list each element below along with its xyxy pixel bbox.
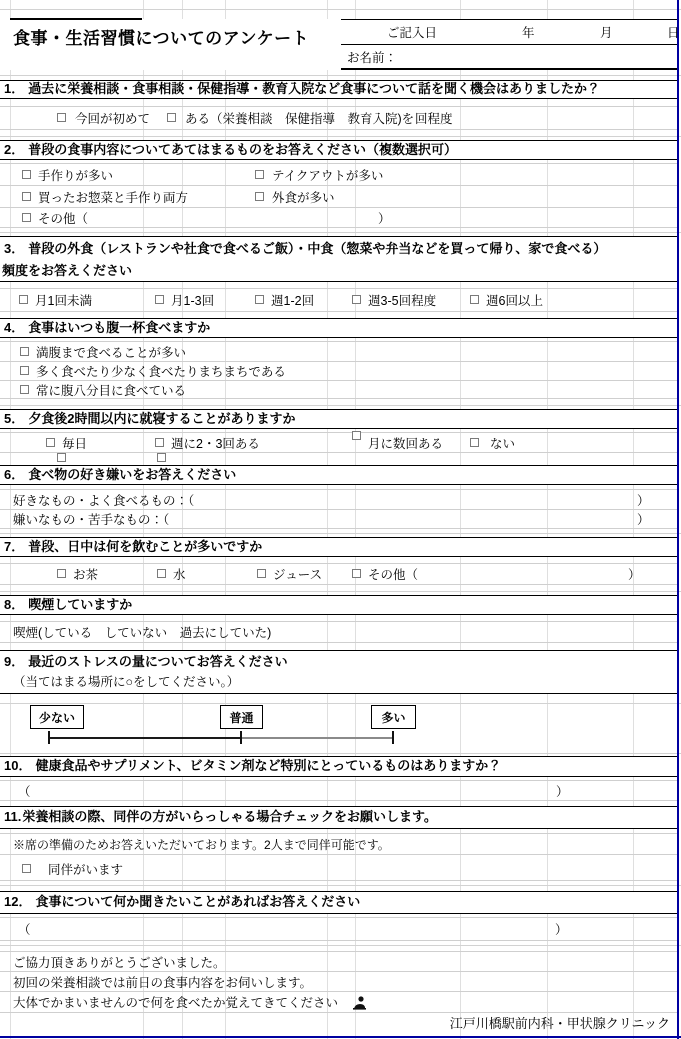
q7-other-label: その他（ [368,564,418,584]
question-10-text: 健康食品やサプリメント、ビタミン剤など特別にとっているものはありますか？ [35,758,501,773]
q11-note-text: ※席の準備のためお答えいただいております。2人まで同伴可能です。 [13,834,390,854]
q7-juice-label: ジュース [273,564,322,584]
q2-other-close-paren: ） [378,208,391,227]
year-label: 年 [522,20,535,44]
q5-2-3-week-checkbox[interactable] [155,438,164,447]
question-11-header: 11.栄養相談の際、同伴の方がいらっしゃる場合チェックをお願いします。 [0,806,677,829]
q3-over-6-week-checkbox[interactable] [470,295,479,304]
question-10-header: 10．健康食品やサプリメント、ビタミン剤など特別にとっているものはありますか？ [0,756,677,777]
question-7-number: 7． [0,538,24,555]
question-7-options: お茶 水 ジュース その他（ ） [0,563,677,585]
q5-2-3-week-label: 週に2・3回ある [171,433,260,452]
stress-scale-line-left [48,737,241,739]
q10-open-paren: （ [18,781,31,800]
q4-full-stomach-label: 満腹まで食べることが多い [36,342,186,361]
question-5-stray-row [0,453,677,465]
q5-every-day-label: 毎日 [62,433,87,452]
question-1-number: 1． [0,81,24,97]
q2-takeout-label: テイクアウトが多い [272,164,383,185]
stress-scale-mid-label: 普通 [229,709,253,726]
question-6-text: 食べ物の好き嫌いをお答えください [28,467,236,482]
question-5-options: 毎日 週に2・3回ある 月に数回ある ない [0,432,677,453]
question-9-header: 9．最近のストレスの量についてお答えください （当てはまる場所に○をしてください… [0,650,677,694]
q2-other-label: その他（ [38,208,88,227]
stress-scale-low-box: 少ない [30,705,84,729]
question-4-header: 4．食事はいつも腹一杯食べますか [0,318,677,338]
q3-1-3-month-label: 月1-3回 [171,289,214,311]
question-7-text: 普段、日中は何を飲むことが多いですか [28,539,262,554]
q2-both-checkbox[interactable] [22,192,31,201]
stress-scale-tick-low [48,731,50,744]
q7-tea-label: お茶 [73,564,98,584]
q5-stray-checkbox-1[interactable] [57,453,66,462]
q5-stray-checkbox-2[interactable] [157,453,166,462]
question-2-header: 2．普段の食事内容についてあてはまるものをお答えください（複数選択可） [0,140,677,160]
question-4-number: 4． [0,319,24,336]
grid-row-line [0,405,681,406]
q4-varies-checkbox[interactable] [20,366,29,375]
q3-1-2-week-checkbox[interactable] [255,295,264,304]
question-4-option-row2: 多く食べたり少なく食べたりまちまちである [0,361,677,380]
q2-homemade-checkbox[interactable] [22,170,31,179]
question-1-options: 今回が初めて ある（栄養相談 保健指導 教育入院)を 回程度 [0,106,677,130]
question-1-header: 1．過去に栄養相談・食事相談・保健指導・教育入院など食事について話を聞く機会はあ… [0,80,677,99]
question-12-text: 食事について何か聞きたいことがあればお答えください [35,894,360,909]
question-12-header: 12．食事について何か聞きたいことがあればお答えください [0,891,677,914]
question-11-number: 11. [0,807,21,827]
q4-eighty-percent-label: 常に腹八分目に食べている [36,381,186,398]
q6-dislikes-label: 嫌いなもの・苦手なもの：（ [13,510,169,528]
question-2-number: 2． [0,141,24,158]
month-label: 月 [600,20,613,44]
q2-homemade-label: 手作りが多い [38,164,113,185]
q2-takeout-checkbox[interactable] [255,170,264,179]
q5-few-times-month-label: 月に数回ある [368,433,443,452]
question-2-options-row2: 買ったお惣菜と手作り両方 外食が多い [0,185,677,207]
question-4-text: 食事はいつも腹一杯食べますか [28,320,210,335]
question-2-options-row3: その他（ ） [0,207,677,228]
q12-answer-row: （ ） [0,917,677,941]
question-5-number: 5． [0,410,24,427]
page-break-line-bottom [0,1036,681,1038]
question-6-number: 6． [0,466,24,483]
question-4-option-row3: 常に腹八分目に食べている [0,380,677,399]
footer-line1-row: ご協力頂きありがとうございました。 [0,951,677,971]
question-9-text: 最近のストレスの量についてお答えください [28,654,287,669]
q7-tea-checkbox[interactable] [57,569,66,578]
question-5-header: 5．夕食後2時間以内に就寝することがありますか [0,409,677,429]
question-10-number: 10． [0,757,31,775]
q7-juice-checkbox[interactable] [257,569,266,578]
q5-every-day-checkbox[interactable] [46,438,55,447]
q4-eighty-percent-checkbox[interactable] [20,385,29,394]
footer-line2: 初回の栄養相談では前日の食事内容をお伺いします。 [13,972,312,991]
clinic-name: 江戸川橋駅前内科・甲状腺クリニック [450,1016,670,1031]
grid-row-line [0,885,681,886]
grid-row-line [0,945,681,946]
grid-row-line [0,703,681,704]
page-break-line-right [677,0,679,1039]
q11-note-row: ※席の準備のためお答えいただいております。2人まで同伴可能です。 [0,833,677,855]
question-3-number: 3． [0,238,24,260]
q6-likes-row: 好きなもの・よく食べるもの：（ ） [0,489,677,509]
clinic-name-row: 江戸川橋駅前内科・甲状腺クリニック [0,1013,677,1035]
grid-row-line [0,9,681,10]
q1-has-experience-checkbox[interactable] [167,113,176,122]
fill-date-row: ご記入日 年 月 日 [341,19,677,45]
q3-3-5-week-checkbox[interactable] [352,295,361,304]
page-title: 食事・生活習慣についてのアンケート [13,24,309,49]
q3-1-2-week-label: 週1-2回 [271,289,314,311]
question-3-text-line2: 頻度をお答えください [0,260,677,282]
fill-date-label: ご記入日 [387,20,437,44]
question-2-options-row1: 手作りが多い テイクアウトが多い [0,163,677,185]
stress-scale-line-right [241,737,393,739]
q4-full-stomach-checkbox[interactable] [20,347,29,356]
q11-companion-checkbox[interactable] [22,864,31,873]
question-9-number: 9． [0,652,24,672]
grid-row-line [0,75,681,76]
footer-line3-row: 大体でかまいませんので何を食べたか覚えてきてください [0,991,677,1013]
q12-open-paren: （ [18,918,31,940]
q6-dislikes-row: 嫌いなもの・苦手なもの：（ ） [0,509,677,529]
stress-scale-mid-box: 普通 [220,705,263,729]
questionnaire-sheet: 食事・生活習慣についてのアンケート ご記入日 年 月 日 お名前： 1．過去に栄… [0,0,681,1039]
q8-answer-row: 喫煙(している していない 過去にしていた) [0,621,677,643]
stress-scale-low-label: 少ない [39,709,75,726]
q7-other-checkbox[interactable] [352,569,361,578]
question-12-number: 12． [0,892,31,912]
grid-row-line [0,591,681,592]
question-6-header: 6．食べ物の好き嫌いをお答えください [0,465,677,485]
question-9-note: （当てはまる場所に○をしてください。） [0,672,677,692]
q6-likes-close-paren: ） [637,490,650,509]
stress-scale-tick-high [392,731,394,744]
q7-other-close-paren: ） [628,564,641,584]
q3-under-once-month-label: 月1回未満 [35,289,92,311]
question-7-header: 7．普段、日中は何を飲むことが多いですか [0,537,677,557]
q3-1-3-month-checkbox[interactable] [155,295,164,304]
q10-answer-row: （ ） [0,780,677,801]
q3-3-5-week-label: 週3-5回程度 [368,289,436,311]
q8-answer-text: 喫煙(している していない 過去にしていた) [13,622,271,642]
q10-close-paren: ） [556,781,569,800]
stress-scale-high-box: 多い [371,705,416,729]
q5-none-checkbox[interactable] [470,438,479,447]
q12-close-paren: ） [555,918,568,940]
q6-likes-label: 好きなもの・よく食べるもの：（ [13,490,194,509]
question-3-text-line1: 普段の外食（レストランや社食で食べるご飯）・中食（惣菜や弁当などを買って帰り、家… [28,241,606,256]
question-3-options: 月1回未満 月1-3回 週1-2回 週3-5回程度 週6回以上 [0,288,677,312]
q1-first-time-checkbox[interactable] [57,113,66,122]
question-8-text: 喫煙していますか [28,597,132,612]
q2-eating-out-checkbox[interactable] [255,192,264,201]
stress-scale-high-label: 多い [381,709,405,726]
name-label: お名前： [347,45,397,68]
q1-first-time-label: 今回が初めて [75,107,150,129]
q5-none-label: ない [490,433,515,452]
q3-under-once-month-checkbox[interactable] [19,295,28,304]
q1-times-label: 回程度 [415,107,453,129]
q6-dislikes-close-paren: ） [637,510,650,528]
q7-water-label: 水 [173,564,186,584]
q2-eating-out-label: 外食が多い [272,186,335,207]
footer-line2-row: 初回の栄養相談では前日の食事内容をお伺いします。 [0,971,677,991]
q7-water-checkbox[interactable] [157,569,166,578]
q2-other-checkbox[interactable] [22,213,31,222]
question-1-text: 過去に栄養相談・食事相談・保健指導・教育入院など食事について話を聞く機会はありま… [28,81,600,96]
stress-scale-tick-mid [240,731,242,744]
footer-line3: 大体でかまいませんので何を食べたか覚えてきてください [13,992,338,1012]
q2-both-label: 買ったお惣菜と手作り両方 [38,186,188,207]
footer-line1: ご協力頂きありがとうございました。 [13,952,226,971]
question-8-header: 8．喫煙していますか [0,595,677,615]
q11-option-row: 同伴がいます [0,858,677,881]
grid-row-line [0,232,681,233]
question-11-text: 栄養相談の際、同伴の方がいらっしゃる場合チェックをお願いします。 [22,809,437,824]
title-top-border [10,18,142,20]
grid-row-line [0,753,681,754]
q5-few-times-month-checkbox[interactable] [352,431,361,440]
grid-row-line [0,533,681,534]
question-5-text: 夕食後2時間以内に就寝することがありますか [28,411,295,426]
question-3-header: 3．普段の外食（レストランや社食で食べるご飯）・中食（惣菜や弁当などを買って帰り… [0,236,677,282]
name-row: お名前： [341,45,677,70]
q4-varies-label: 多く食べたり少なく食べたりまちまちである [36,362,286,380]
question-8-number: 8． [0,596,24,613]
q11-companion-label: 同伴がいます [48,858,123,880]
q1-has-experience-label: ある（栄養相談 保健指導 教育入院)を [185,107,414,129]
q3-over-6-week-label: 週6回以上 [486,289,543,311]
grid-row-line [0,136,681,137]
question-4-option-row1: 満腹まで食べることが多い [0,341,677,361]
question-2-text: 普段の食事内容についてあてはまるものをお答えください（複数選択可） [28,142,457,157]
